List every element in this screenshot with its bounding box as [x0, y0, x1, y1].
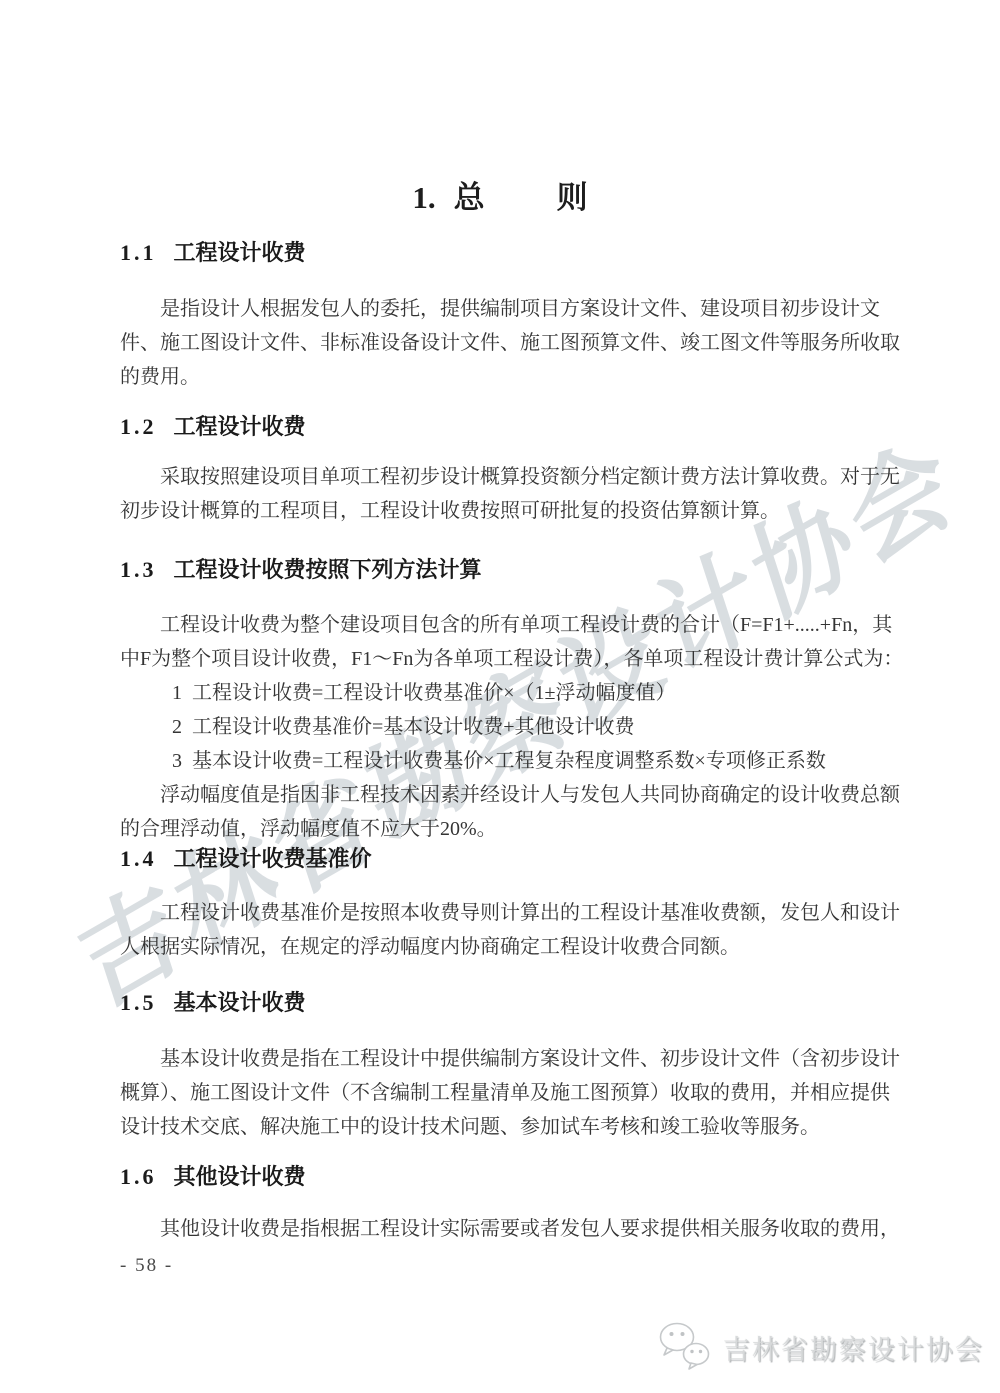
- heading-label: 工程设计收费: [174, 414, 306, 439]
- paragraph-1-4: 工程设计收费基准价是按照本收费导则计算出的工程设计基准收费额，发包人和设计 人根…: [120, 896, 886, 964]
- section-heading-1-6: 1.6其他设计收费: [120, 1160, 306, 1191]
- paragraph-1-2: 采取按照建设项目单项工程初步设计概算投资额分档定额计费方法计算收费。对于无 初步…: [120, 460, 886, 528]
- heading-label: 工程设计收费: [174, 240, 306, 265]
- paragraph-1-6: 其他设计收费是指根据工程设计实际需要或者发包人要求提供相关服务收取的费用，: [120, 1212, 886, 1246]
- heading-label: 工程设计收费按照下列方法计算: [174, 557, 482, 582]
- section-heading-1-5: 1.5基本设计收费: [120, 986, 306, 1017]
- heading-number: 1.5: [120, 990, 157, 1015]
- formula-line: 2 工程设计收费基准价=基本设计收费+其他设计收费: [120, 710, 886, 744]
- formula-line: 1 工程设计收费=工程设计收费基准价×（1±浮动幅度值）: [120, 676, 886, 710]
- heading-number: 1.4: [120, 846, 157, 871]
- paragraph-line: 概算）、施工图设计文件（不含编制工程量清单及施工图预算）收取的费用，并相应提供: [120, 1076, 886, 1110]
- section-heading-1-2: 1.2工程设计收费: [120, 410, 306, 441]
- paragraph-line: 是指设计人根据发包人的委托，提供编制项目方案设计文件、建设项目初步设计文: [120, 292, 886, 326]
- formula-line: 3 基本设计收费=工程设计收费基价×工程复杂程度调整系数×专项修正系数: [120, 744, 886, 778]
- paragraph-line: 采取按照建设项目单项工程初步设计概算投资额分档定额计费方法计算收费。对于无: [120, 460, 886, 494]
- heading-label: 其他设计收费: [174, 1164, 306, 1189]
- paragraph-line: 件、施工图设计文件、非标准设备设计文件、施工图预算文件、竣工图文件等服务所收取: [120, 326, 886, 360]
- paragraph-1-3: 工程设计收费为整个建设项目包含的所有单项工程设计费的合计（F=F1+.....+…: [120, 608, 886, 846]
- title-char-2: 则: [557, 180, 588, 215]
- paragraph-1-1: 是指设计人根据发包人的委托，提供编制项目方案设计文件、建设项目初步设计文 件、施…: [120, 292, 886, 394]
- paragraph-line: 的合理浮动值，浮动幅度值不应大于20%。: [120, 812, 886, 846]
- title-number: 1.: [412, 180, 435, 215]
- paragraph-line: 其他设计收费是指根据工程设计实际需要或者发包人要求提供相关服务收取的费用，: [120, 1212, 886, 1246]
- section-heading-1-1: 1.1工程设计收费: [120, 236, 306, 267]
- heading-label: 工程设计收费基准价: [174, 846, 372, 871]
- paragraph-line: 设计技术交底、解决施工中的设计技术问题、参加试车考核和竣工验收等服务。: [120, 1110, 886, 1144]
- wechat-account-watermark: 吉林省勘察设计协会: [656, 1320, 984, 1374]
- heading-number: 1.1: [120, 240, 157, 265]
- title-char-1: 总: [454, 180, 485, 215]
- document-page: 吉林省勘察设计协会 1.总则 1.1工程设计收费 是指设计人根据发包人的委托，提…: [0, 0, 1000, 1393]
- paragraph-line: 中F为整个项目设计收费，F1～Fn为各单项工程设计费），各单项工程设计费计算公式…: [120, 642, 886, 676]
- paragraph-1-5: 基本设计收费是指在工程设计中提供编制方案设计文件、初步设计文件（含初步设计 概算…: [120, 1042, 886, 1144]
- paragraph-line: 基本设计收费是指在工程设计中提供编制方案设计文件、初步设计文件（含初步设计: [120, 1042, 886, 1076]
- paragraph-line: 工程设计收费基准价是按照本收费导则计算出的工程设计基准收费额，发包人和设计: [120, 896, 886, 930]
- paragraph-line: 浮动幅度值是指因非工程技术因素并经设计人与发包人共同协商确定的设计收费总额: [120, 778, 886, 812]
- heading-number: 1.6: [120, 1164, 157, 1189]
- section-heading-1-3: 1.3工程设计收费按照下列方法计算: [120, 553, 482, 584]
- heading-number: 1.3: [120, 557, 157, 582]
- page-title: 1.总则: [0, 172, 1000, 217]
- heading-label: 基本设计收费: [174, 990, 306, 1015]
- paragraph-line: 初步设计概算的工程项目，工程设计收费按照可研批复的投资估算额计算。: [120, 494, 886, 528]
- section-heading-1-4: 1.4工程设计收费基准价: [120, 842, 372, 873]
- paragraph-line: 的费用。: [120, 360, 886, 394]
- heading-number: 1.2: [120, 414, 157, 439]
- footer-account-name: 吉林省勘察设计协会: [723, 1328, 984, 1367]
- wechat-icon: [656, 1320, 714, 1374]
- paragraph-line: 人根据实际情况，在规定的浮动幅度内协商确定工程设计收费合同额。: [120, 930, 886, 964]
- page-number: - 58 -: [120, 1255, 173, 1277]
- paragraph-line: 工程设计收费为整个建设项目包含的所有单项工程设计费的合计（F=F1+.....+…: [120, 608, 886, 642]
